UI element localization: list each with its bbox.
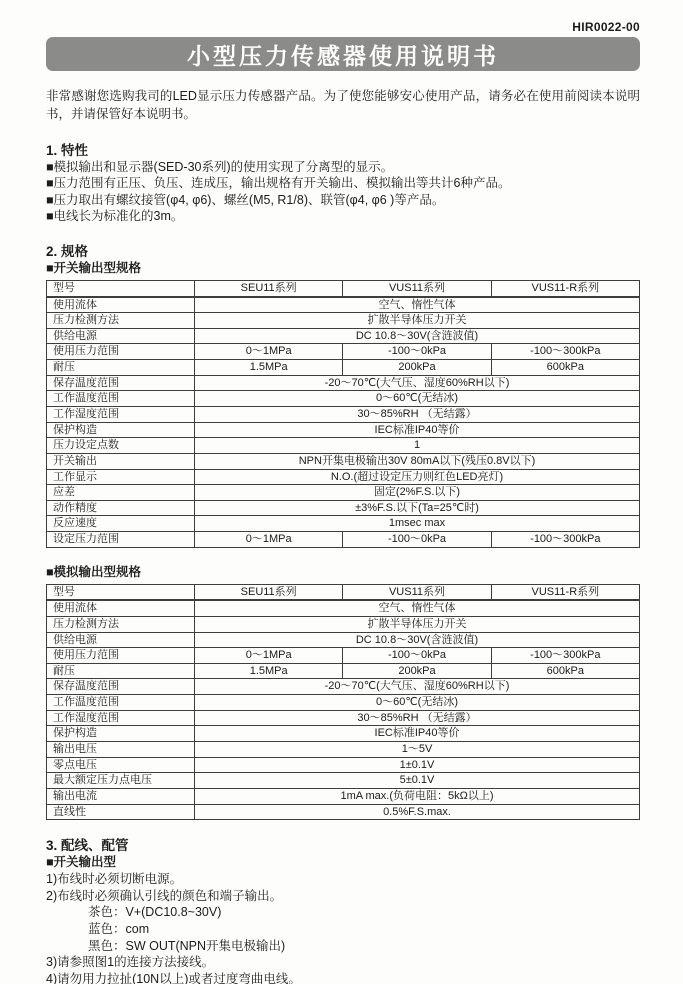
row-value-cell: NPN开集电极输出30V 80mA以下(残压0.8V以下) <box>195 453 640 469</box>
section-heading-specs: 2. 规格 <box>46 240 640 260</box>
table-row: 工作显示N.O.(超过设定压力则红色LED亮灯) <box>47 469 640 485</box>
row-label-cell: 工作湿度范围 <box>47 407 195 423</box>
row-value-cell: 1±0.1V <box>195 757 640 773</box>
row-value-cell: 30～85%RH （无结露） <box>195 710 640 726</box>
row-label-cell: 保护构造 <box>47 422 195 438</box>
header-series-cell: VUS11-R系列 <box>491 280 639 296</box>
table-row: 反应速度1msec max <box>47 516 640 532</box>
table-row: 使用流体空气、惰性气体 <box>47 600 640 616</box>
list-item: 3)请参照图1的连接方法接线。 <box>46 954 640 971</box>
list-item: 黑色：SW OUT(NPN开集电极输出) <box>46 938 640 955</box>
row-value-cell: 5±0.1V <box>195 773 640 789</box>
table-row: 开关输出NPN开集电极输出30V 80mA以下(残压0.8V以下) <box>47 453 640 469</box>
table-row: 耐压1.5MPa200kPa600kPa <box>47 663 640 679</box>
row-value-cell: 扩散半导体压力开关 <box>195 313 640 329</box>
row-label-cell: 保存温度范围 <box>47 679 195 695</box>
row-value-cell: DC 10.8～30V(含涟波值) <box>195 632 640 648</box>
row-label-cell: 反应速度 <box>47 516 195 532</box>
row-value-cell: 1 <box>195 438 640 454</box>
switch-output-spec-table-body: 型号SEU11系列VUS11系列VUS11-R系列使用流体空气、惰性气体压力检测… <box>47 280 640 547</box>
section-heading-features: 1. 特性 <box>46 139 640 159</box>
table-row: 压力检测方法扩散半导体压力开关 <box>47 313 640 329</box>
row-value-cell: -100～300kPa <box>491 344 639 360</box>
row-label-cell: 工作温度范围 <box>47 391 195 407</box>
document-number: HIR0022-00 <box>46 0 640 34</box>
header-series-cell: VUS11-R系列 <box>491 584 639 600</box>
row-value-cell: -20～70℃(大气压、湿度60%RH以下) <box>195 679 640 695</box>
row-value-cell: -100～0kPa <box>343 648 491 664</box>
row-value-cell: 0～60℃(无结冰) <box>195 695 640 711</box>
row-value-cell: 0～1MPa <box>195 344 343 360</box>
header-label-cell: 型号 <box>47 280 195 296</box>
table-row: 保护构造IEC标准IP40等价 <box>47 422 640 438</box>
row-label-cell: 使用压力范围 <box>47 344 195 360</box>
wiring-instructions-list: 1)布线时必须切断电源。2)布线时必须确认引线的颜色和端子输出。茶色：V+(DC… <box>46 871 640 984</box>
row-value-cell: 空气、惰性气体 <box>195 600 640 616</box>
row-label-cell: 工作温度范围 <box>47 695 195 711</box>
row-value-cell: 1.5MPa <box>195 360 343 376</box>
table-row: 工作湿度范围30～85%RH （无结露） <box>47 710 640 726</box>
analog-spec-subtitle: ■模拟输出型规格 <box>46 564 640 581</box>
row-label-cell: 供给电源 <box>47 632 195 648</box>
row-value-cell: 1msec max <box>195 516 640 532</box>
list-item: ■压力范围有正压、负压、连成压，输出规格有开关输出、模拟输出等共计6种产品。 <box>46 175 640 192</box>
row-value-cell: 200kPa <box>343 360 491 376</box>
row-value-cell: IEC标准IP40等价 <box>195 422 640 438</box>
table-row: 工作温度范围0～60℃(无结冰) <box>47 695 640 711</box>
row-label-cell: 保存温度范围 <box>47 375 195 391</box>
table-row: 应差固定(2%F.S.以下) <box>47 485 640 501</box>
list-item: 1)布线时必须切断电源。 <box>46 871 640 888</box>
table-row: 输出电流1mA max.(负荷电阻：5kΩ以上) <box>47 788 640 804</box>
row-value-cell: 空气、惰性气体 <box>195 297 640 313</box>
row-value-cell: -100～300kPa <box>491 532 639 548</box>
switch-output-spec-table: 型号SEU11系列VUS11系列VUS11-R系列使用流体空气、惰性气体压力检测… <box>46 280 640 548</box>
table-row: 使用压力范围0～1MPa-100～0kPa-100～300kPa <box>47 344 640 360</box>
table-header-row: 型号SEU11系列VUS11系列VUS11-R系列 <box>47 584 640 600</box>
row-label-cell: 输出电流 <box>47 788 195 804</box>
row-label-cell: 最大额定压力点电压 <box>47 773 195 789</box>
analog-output-spec-table-body: 型号SEU11系列VUS11系列VUS11-R系列使用流体空气、惰性气体压力检测… <box>47 584 640 820</box>
row-label-cell: 供给电源 <box>47 328 195 344</box>
table-row: 保护构造IEC标准IP40等价 <box>47 726 640 742</box>
table-row: 直线性0.5%F.S.max. <box>47 804 640 820</box>
table-row: 压力检测方法扩散半导体压力开关 <box>47 616 640 632</box>
row-label-cell: 设定压力范围 <box>47 532 195 548</box>
list-item: 茶色：V+(DC10.8~30V) <box>46 904 640 921</box>
row-label-cell: 压力检测方法 <box>47 616 195 632</box>
row-value-cell: 200kPa <box>343 663 491 679</box>
header-series-cell: SEU11系列 <box>195 280 343 296</box>
row-value-cell: 0～60℃(无结冰) <box>195 391 640 407</box>
page-title: 小型压力传感器使用说明书 <box>187 38 499 71</box>
list-item: 2)布线时必须确认引线的颜色和端子输出。 <box>46 888 640 905</box>
list-item: ■电线长为标准化的3m。 <box>46 208 640 225</box>
row-label-cell: 零点电压 <box>47 757 195 773</box>
table-row: 保存温度范围-20～70℃(大气压、湿度60%RH以下) <box>47 679 640 695</box>
intro-paragraph: 非常感谢您选购我司的LED显示压力传感器产品。为了使您能够安心使用产品，请务必在… <box>46 88 640 124</box>
table-row: 保存温度范围-20～70℃(大气压、湿度60%RH以下) <box>47 375 640 391</box>
row-label-cell: 保护构造 <box>47 726 195 742</box>
list-item: 4)请勿用力拉扯(10N以上)或者过度弯曲电线。 <box>46 971 640 984</box>
title-banner: 小型压力传感器使用说明书 <box>46 37 640 71</box>
header-series-cell: SEU11系列 <box>195 584 343 600</box>
row-value-cell: 1～5V <box>195 742 640 758</box>
row-value-cell: -100～0kPa <box>343 532 491 548</box>
row-value-cell: -20～70℃(大气压、湿度60%RH以下) <box>195 375 640 391</box>
row-value-cell: 1mA max.(负荷电阻：5kΩ以上) <box>195 788 640 804</box>
table-row: 动作精度±3%F.S.以下(Ta=25℃时) <box>47 500 640 516</box>
row-value-cell: 600kPa <box>491 663 639 679</box>
manual-page: HIR0022-00 小型压力传感器使用说明书 非常感谢您选购我司的LED显示压… <box>0 0 683 984</box>
features-list: ■模拟输出和显示器(SED-30系列)的使用实现了分离型的显示。■压力范围有正压… <box>46 159 640 226</box>
row-value-cell: -100～0kPa <box>343 344 491 360</box>
list-item: 蓝色：com <box>46 921 640 938</box>
table-row: 设定压力范围0～1MPa-100～0kPa-100～300kPa <box>47 532 640 548</box>
header-series-cell: VUS11系列 <box>343 584 491 600</box>
table-row: 输出电压1～5V <box>47 742 640 758</box>
header-label-cell: 型号 <box>47 584 195 600</box>
header-series-cell: VUS11系列 <box>343 280 491 296</box>
row-label-cell: 动作精度 <box>47 500 195 516</box>
table-header-row: 型号SEU11系列VUS11系列VUS11-R系列 <box>47 280 640 296</box>
row-value-cell: N.O.(超过设定压力则红色LED亮灯) <box>195 469 640 485</box>
table-row: 工作温度范围0～60℃(无结冰) <box>47 391 640 407</box>
row-value-cell: 0～1MPa <box>195 648 343 664</box>
table-row: 零点电压1±0.1V <box>47 757 640 773</box>
row-label-cell: 耐压 <box>47 663 195 679</box>
table-row: 耐压1.5MPa200kPa600kPa <box>47 360 640 376</box>
table-row: 使用流体空气、惰性气体 <box>47 297 640 313</box>
table-row: 供给电源DC 10.8～30V(含涟波值) <box>47 632 640 648</box>
row-value-cell: 0～1MPa <box>195 532 343 548</box>
row-label-cell: 开关输出 <box>47 453 195 469</box>
table-row: 使用压力范围0～1MPa-100～0kPa-100～300kPa <box>47 648 640 664</box>
row-value-cell: 固定(2%F.S.以下) <box>195 485 640 501</box>
row-value-cell: ±3%F.S.以下(Ta=25℃时) <box>195 500 640 516</box>
row-value-cell: 扩散半导体压力开关 <box>195 616 640 632</box>
switch-spec-subtitle: ■开关输出型规格 <box>46 260 640 277</box>
section-heading-wiring: 3. 配线、配管 <box>46 834 640 854</box>
list-item: ■压力取出有螺纹接管(φ4, φ6)、螺丝(M5, R1/8)、联管(φ4, φ… <box>46 192 640 209</box>
row-label-cell: 使用压力范围 <box>47 648 195 664</box>
table-row: 最大额定压力点电压5±0.1V <box>47 773 640 789</box>
row-value-cell: -100～300kPa <box>491 648 639 664</box>
row-label-cell: 压力检测方法 <box>47 313 195 329</box>
row-label-cell: 使用流体 <box>47 600 195 616</box>
row-value-cell: IEC标准IP40等价 <box>195 726 640 742</box>
table-row: 工作湿度范围30～85%RH （无结露） <box>47 407 640 423</box>
analog-output-spec-table: 型号SEU11系列VUS11系列VUS11-R系列使用流体空气、惰性气体压力检测… <box>46 584 640 821</box>
row-value-cell: 600kPa <box>491 360 639 376</box>
row-label-cell: 直线性 <box>47 804 195 820</box>
row-label-cell: 输出电压 <box>47 742 195 758</box>
row-value-cell: 1.5MPa <box>195 663 343 679</box>
row-value-cell: 0.5%F.S.max. <box>195 804 640 820</box>
row-label-cell: 使用流体 <box>47 297 195 313</box>
row-label-cell: 压力设定点数 <box>47 438 195 454</box>
row-label-cell: 耐压 <box>47 360 195 376</box>
row-label-cell: 工作显示 <box>47 469 195 485</box>
row-label-cell: 工作湿度范围 <box>47 710 195 726</box>
row-value-cell: DC 10.8～30V(含涟波值) <box>195 328 640 344</box>
table-row: 供给电源DC 10.8～30V(含涟波值) <box>47 328 640 344</box>
list-item: ■模拟输出和显示器(SED-30系列)的使用实现了分离型的显示。 <box>46 159 640 176</box>
row-value-cell: 30～85%RH （无结露） <box>195 407 640 423</box>
table-row: 压力设定点数1 <box>47 438 640 454</box>
row-label-cell: 应差 <box>47 485 195 501</box>
wiring-subtitle: ■开关输出型 <box>46 854 640 871</box>
